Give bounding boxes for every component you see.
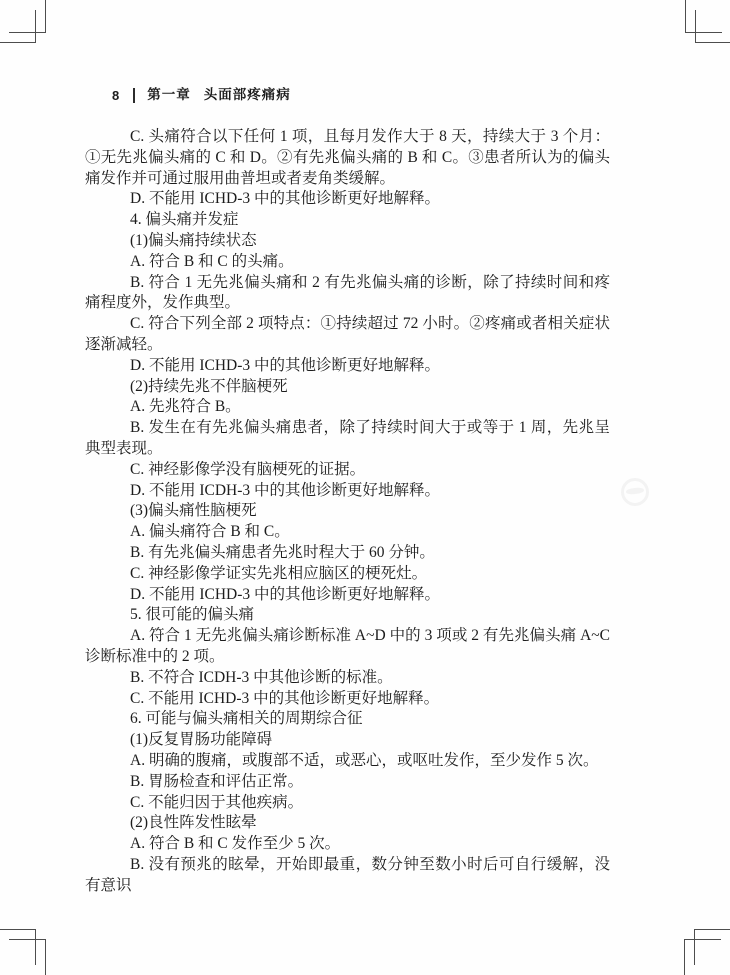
header-divider xyxy=(133,88,135,103)
watermark-logo xyxy=(621,478,649,506)
paragraph: B. 发生在有先兆偏头痛患者，除了持续时间大于或等于 1 周，先兆呈典型表现。 xyxy=(85,418,610,460)
crop-mark-bottom-right xyxy=(684,939,685,975)
paragraph: A. 符合 B 和 C 发作至少 5 次。 xyxy=(85,834,610,855)
crop-mark-bottom-right xyxy=(695,929,730,930)
paragraph: 4. 偏头痛并发症 xyxy=(85,210,610,231)
crop-mark-top-right xyxy=(695,42,730,43)
paragraph: 5. 很可能的偏头痛 xyxy=(85,605,610,626)
paragraph: (2)良性阵发性眩晕 xyxy=(85,813,610,834)
paragraph: A. 符合 B 和 C 的头痛。 xyxy=(85,252,610,273)
paragraph: B. 胃肠检查和评估正常。 xyxy=(85,772,610,793)
crop-mark-top-right xyxy=(695,10,696,43)
crop-mark-top-left xyxy=(45,0,46,33)
page-header: 8 第一章 头面部疼痛病 xyxy=(112,86,291,104)
crop-mark-top-right xyxy=(685,32,722,33)
crop-mark-top-left xyxy=(35,10,36,43)
paragraph: D. 不能用 ICHD-3 中的其他诊断更好地解释。 xyxy=(85,585,610,606)
paragraph: C. 不能归因于其他疾病。 xyxy=(85,793,610,814)
chapter-title: 头面部疼痛病 xyxy=(204,88,291,102)
paragraph: B. 没有预兆的眩晕，开始即最重，数分钟至数小时后可自行缓解，没有意识 xyxy=(85,855,610,897)
paragraph: A. 偏头痛符合 B 和 C。 xyxy=(85,522,610,543)
paragraph: D. 不能用 ICDH-3 中的其他诊断更好地解释。 xyxy=(85,481,610,502)
paragraph: (1)偏头痛持续状态 xyxy=(85,231,610,252)
paragraph: A. 符合 1 无先兆偏头痛诊断标准 A~D 中的 3 项或 2 有先兆偏头痛 … xyxy=(85,626,610,668)
crop-mark-bottom-left xyxy=(45,939,46,975)
page-number: 8 xyxy=(112,89,119,102)
crop-mark-top-left xyxy=(0,42,35,43)
paragraph: A. 先兆符合 B。 xyxy=(85,397,610,418)
crop-mark-bottom-left xyxy=(9,939,46,940)
chapter-label: 第一章 xyxy=(147,88,191,102)
paragraph: D. 不能用 ICHD-3 中的其他诊断更好地解释。 xyxy=(85,356,610,377)
paragraph: C. 神经影像学证实先兆相应脑区的梗死灶。 xyxy=(85,564,610,585)
paragraph: C. 符合下列全部 2 项特点：①持续超过 72 小时。②疼痛或者相关症状逐渐减… xyxy=(85,314,610,356)
watermark-emblem xyxy=(626,487,645,495)
paragraph: (3)偏头痛性脑梗死 xyxy=(85,501,610,522)
crop-mark-bottom-left xyxy=(0,929,35,930)
paragraph: B. 不符合 ICDH-3 中其他诊断的标准。 xyxy=(85,668,610,689)
paragraph: C. 不能用 ICHD-3 中的其他诊断更好地解释。 xyxy=(85,689,610,710)
crop-mark-bottom-right xyxy=(684,939,721,940)
crop-mark-bottom-left xyxy=(35,929,36,965)
book-page: 8 第一章 头面部疼痛病 C. 头痛符合以下任何 1 项，且每月发作大于 8 天… xyxy=(0,0,730,975)
paragraph: C. 神经影像学没有脑梗死的证据。 xyxy=(85,460,610,481)
paragraph: A. 明确的腹痛，或腹部不适，或恶心，或呕吐发作，至少发作 5 次。 xyxy=(85,751,610,772)
crop-mark-bottom-right xyxy=(694,929,695,965)
paragraph: 6. 可能与偏头痛相关的周期综合征 xyxy=(85,709,610,730)
crop-mark-top-left xyxy=(9,32,46,33)
paragraph: (2)持续先兆不伴脑梗死 xyxy=(85,377,610,398)
paragraph: B. 符合 1 无先兆偏头痛和 2 有先兆偏头痛的诊断，除了持续时间和疼痛程度外… xyxy=(85,273,610,315)
paragraph: C. 头痛符合以下任何 1 项，且每月发作大于 8 天，持续大于 3 个月：①无… xyxy=(85,127,610,189)
paragraph: B. 有先兆偏头痛患者先兆时程大于 60 分钟。 xyxy=(85,543,610,564)
paragraph: (1)反复胃肠功能障碍 xyxy=(85,730,610,751)
paragraph: D. 不能用 ICHD-3 中的其他诊断更好地解释。 xyxy=(85,189,610,210)
body-text: C. 头痛符合以下任何 1 项，且每月发作大于 8 天，持续大于 3 个月：①无… xyxy=(85,127,610,896)
crop-mark-top-right xyxy=(685,0,686,33)
